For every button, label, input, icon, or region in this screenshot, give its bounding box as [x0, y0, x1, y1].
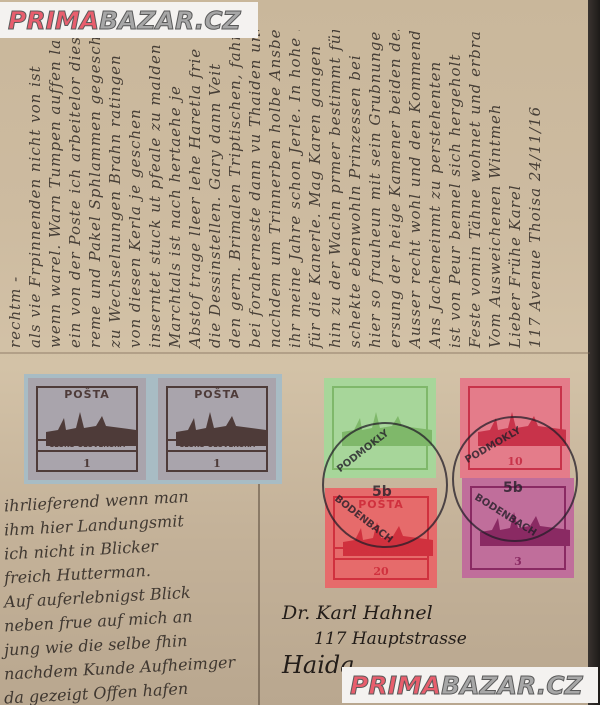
handwritten-line: ersung der heige Kamener beiden des: [386, 30, 404, 348]
postmark-right-mid-text: 5b: [503, 480, 523, 496]
handwritten-line: wenn warel. Warn Tumpen auffen laun: [46, 30, 64, 348]
address-name: Dr. Karl Hahnel: [282, 600, 582, 626]
stamp-hradcany-1h-right: POŠTA ČESKO-SLOVENSKÁ 1: [158, 378, 276, 480]
stamp-value: 1: [32, 457, 142, 470]
handwritten-line: von diesen Kerla je geschen: [126, 108, 144, 348]
handwritten-line: bei foraherneste dann vu Thaiden und unh…: [246, 30, 264, 348]
handwritten-line: Vom Ausweichenen Wintmeh: [486, 104, 504, 349]
address-divider-line: [258, 470, 260, 705]
stamp-country-text: ČESKO-SLOVENSKÁ: [335, 547, 427, 560]
postmark-left-mid-text: 5b: [372, 484, 392, 500]
handwritten-line: Ausser recht wohl und den Kommenden: [406, 30, 424, 348]
handwritten-line: Lieber Frühe Karel: [506, 184, 524, 348]
handwritten-line: 117 Avenue Thoisa 24/11/16: [526, 106, 544, 348]
watermark-top-left: PRIMABAZAR.CZ: [0, 2, 258, 38]
watermark-bazar-text: BAZAR.CZ: [441, 671, 583, 700]
handwritten-line: inserntet stuck ut pfeale zu malden: [146, 43, 164, 348]
handwritten-line: die Dessinstellen. Gary dann Veit: [206, 63, 224, 348]
watermark-prima-text: PRIMA: [8, 6, 99, 35]
stamp-top-text: POŠTA: [162, 388, 272, 401]
handwritten-line: als vie Frpinnenden nicht von ist: [26, 65, 44, 348]
stamp-value: 20: [329, 565, 433, 578]
handwritten-line: Marchtals ist nach hertaehe je: [166, 85, 184, 348]
watermark-bottom-right: PRIMABAZAR.CZ: [342, 667, 598, 703]
handwritten-line: für die Kanerle. Mag Karen gangen: [306, 45, 324, 348]
handwritten-line: rechtm -: [6, 276, 24, 348]
handwritten-line: ist von Peur bennel sich hergeholt: [446, 54, 464, 348]
watermark-prima-text: PRIMA: [350, 671, 441, 700]
upper-handwritten-message: 117 Avenue Thoisa 24/11/16Lieber Frühe K…: [6, 30, 546, 350]
watermark-bazar-text: BAZAR.CZ: [99, 6, 241, 35]
postcard-fold-line: [0, 352, 590, 354]
handwritten-line: ihr meine Jahre schon Jerle. In hohe bei: [286, 30, 304, 348]
handwritten-line: hier so frauheun mit sein Grubnungen: [366, 30, 384, 348]
handwritten-line: hin zu der Wachn prmer bestimmt für: [326, 30, 344, 348]
handwritten-line: nachdem um Trinnerben holbe Ansbehne: [266, 30, 284, 348]
handwritten-line: Abstof trage lleer lehe Haretla frie: [186, 48, 204, 348]
handwritten-line: den gern. Brimalen Triptischen, fahre: [226, 30, 244, 348]
postcard-photo: 117 Avenue Thoisa 24/11/16Lieber Frühe K…: [0, 0, 600, 705]
stamp-value: 3: [466, 555, 570, 568]
handwritten-line: zu Wechselnungen Brahn ratingen: [106, 54, 124, 348]
stamp-value: 1: [162, 457, 272, 470]
handwritten-line: reme und Pakel Sphlammen gegeschen: [86, 30, 104, 348]
handwritten-line: Feste vomin Tähne wohnet und erbracht: [466, 30, 484, 348]
handwritten-line: schekte ebenwohln Prinzessen bei: [346, 54, 364, 348]
address-street: 117 Hauptstrasse: [282, 626, 582, 652]
handwritten-line: ein von der Poste ich arbeitelor dies: [66, 36, 84, 348]
lower-handwritten-message: ihrlieferend wenn manihm hier Landungsmi…: [4, 488, 254, 704]
stamp-country-text: ČESKO-SLOVENSKÁ: [168, 439, 266, 452]
stamp-country-text: ČESKO-SLOVENSKÁ: [38, 439, 136, 452]
stamp-hradcany-1h-left: POŠTA ČESKO-SLOVENSKÁ 1: [28, 378, 146, 480]
handwritten-line: Ans Jacheneinmt zu perstehenten: [426, 61, 444, 348]
stamp-top-text: POŠTA: [32, 388, 142, 401]
